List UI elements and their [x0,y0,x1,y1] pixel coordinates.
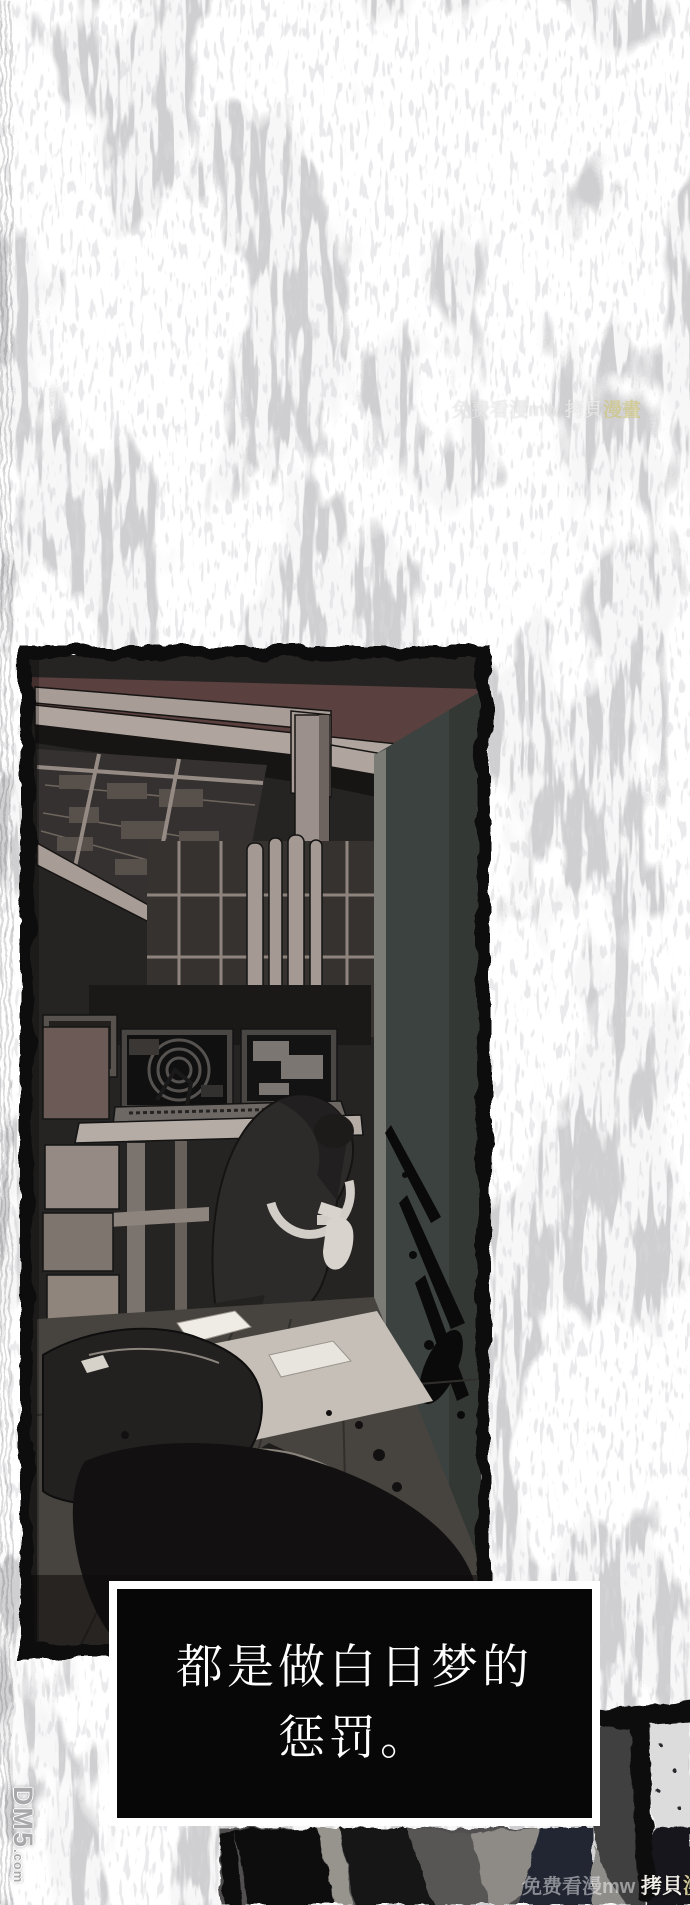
site-watermark-bottom-right: 免费看漫mw 拷貝漫畫 [522,1870,690,1900]
caption-line-1: 都是做白日梦的 [176,1633,533,1704]
panel-rough-border [20,646,490,1658]
watermark-site-name: 免费看漫mw [452,400,560,421]
dm5-suffix: .com [11,1849,26,1883]
dm5-site-watermark: DM5.com [7,1786,38,1883]
dm5-name: DM5 [8,1786,38,1849]
caption-line-2: 惩罚。 [278,1704,431,1775]
caption-box: 都是做白日梦的 惩罚。 [109,1581,600,1826]
comic-page: 都是做白日梦的 惩罚。 免费看漫mw 拷貝漫畫 免费看漫mw 拷貝漫畫 DM [0,0,690,1905]
comic-panel-main [20,646,490,1658]
watermark-label: 拷貝 [565,400,603,421]
page-edge-texture [0,0,12,1905]
site-watermark-top-right: 免费看漫mw 拷貝漫畫 [452,395,641,422]
watermark-site-name: 免费看漫mw [522,1876,635,1898]
watermark-label: 拷貝 [641,1875,683,1898]
